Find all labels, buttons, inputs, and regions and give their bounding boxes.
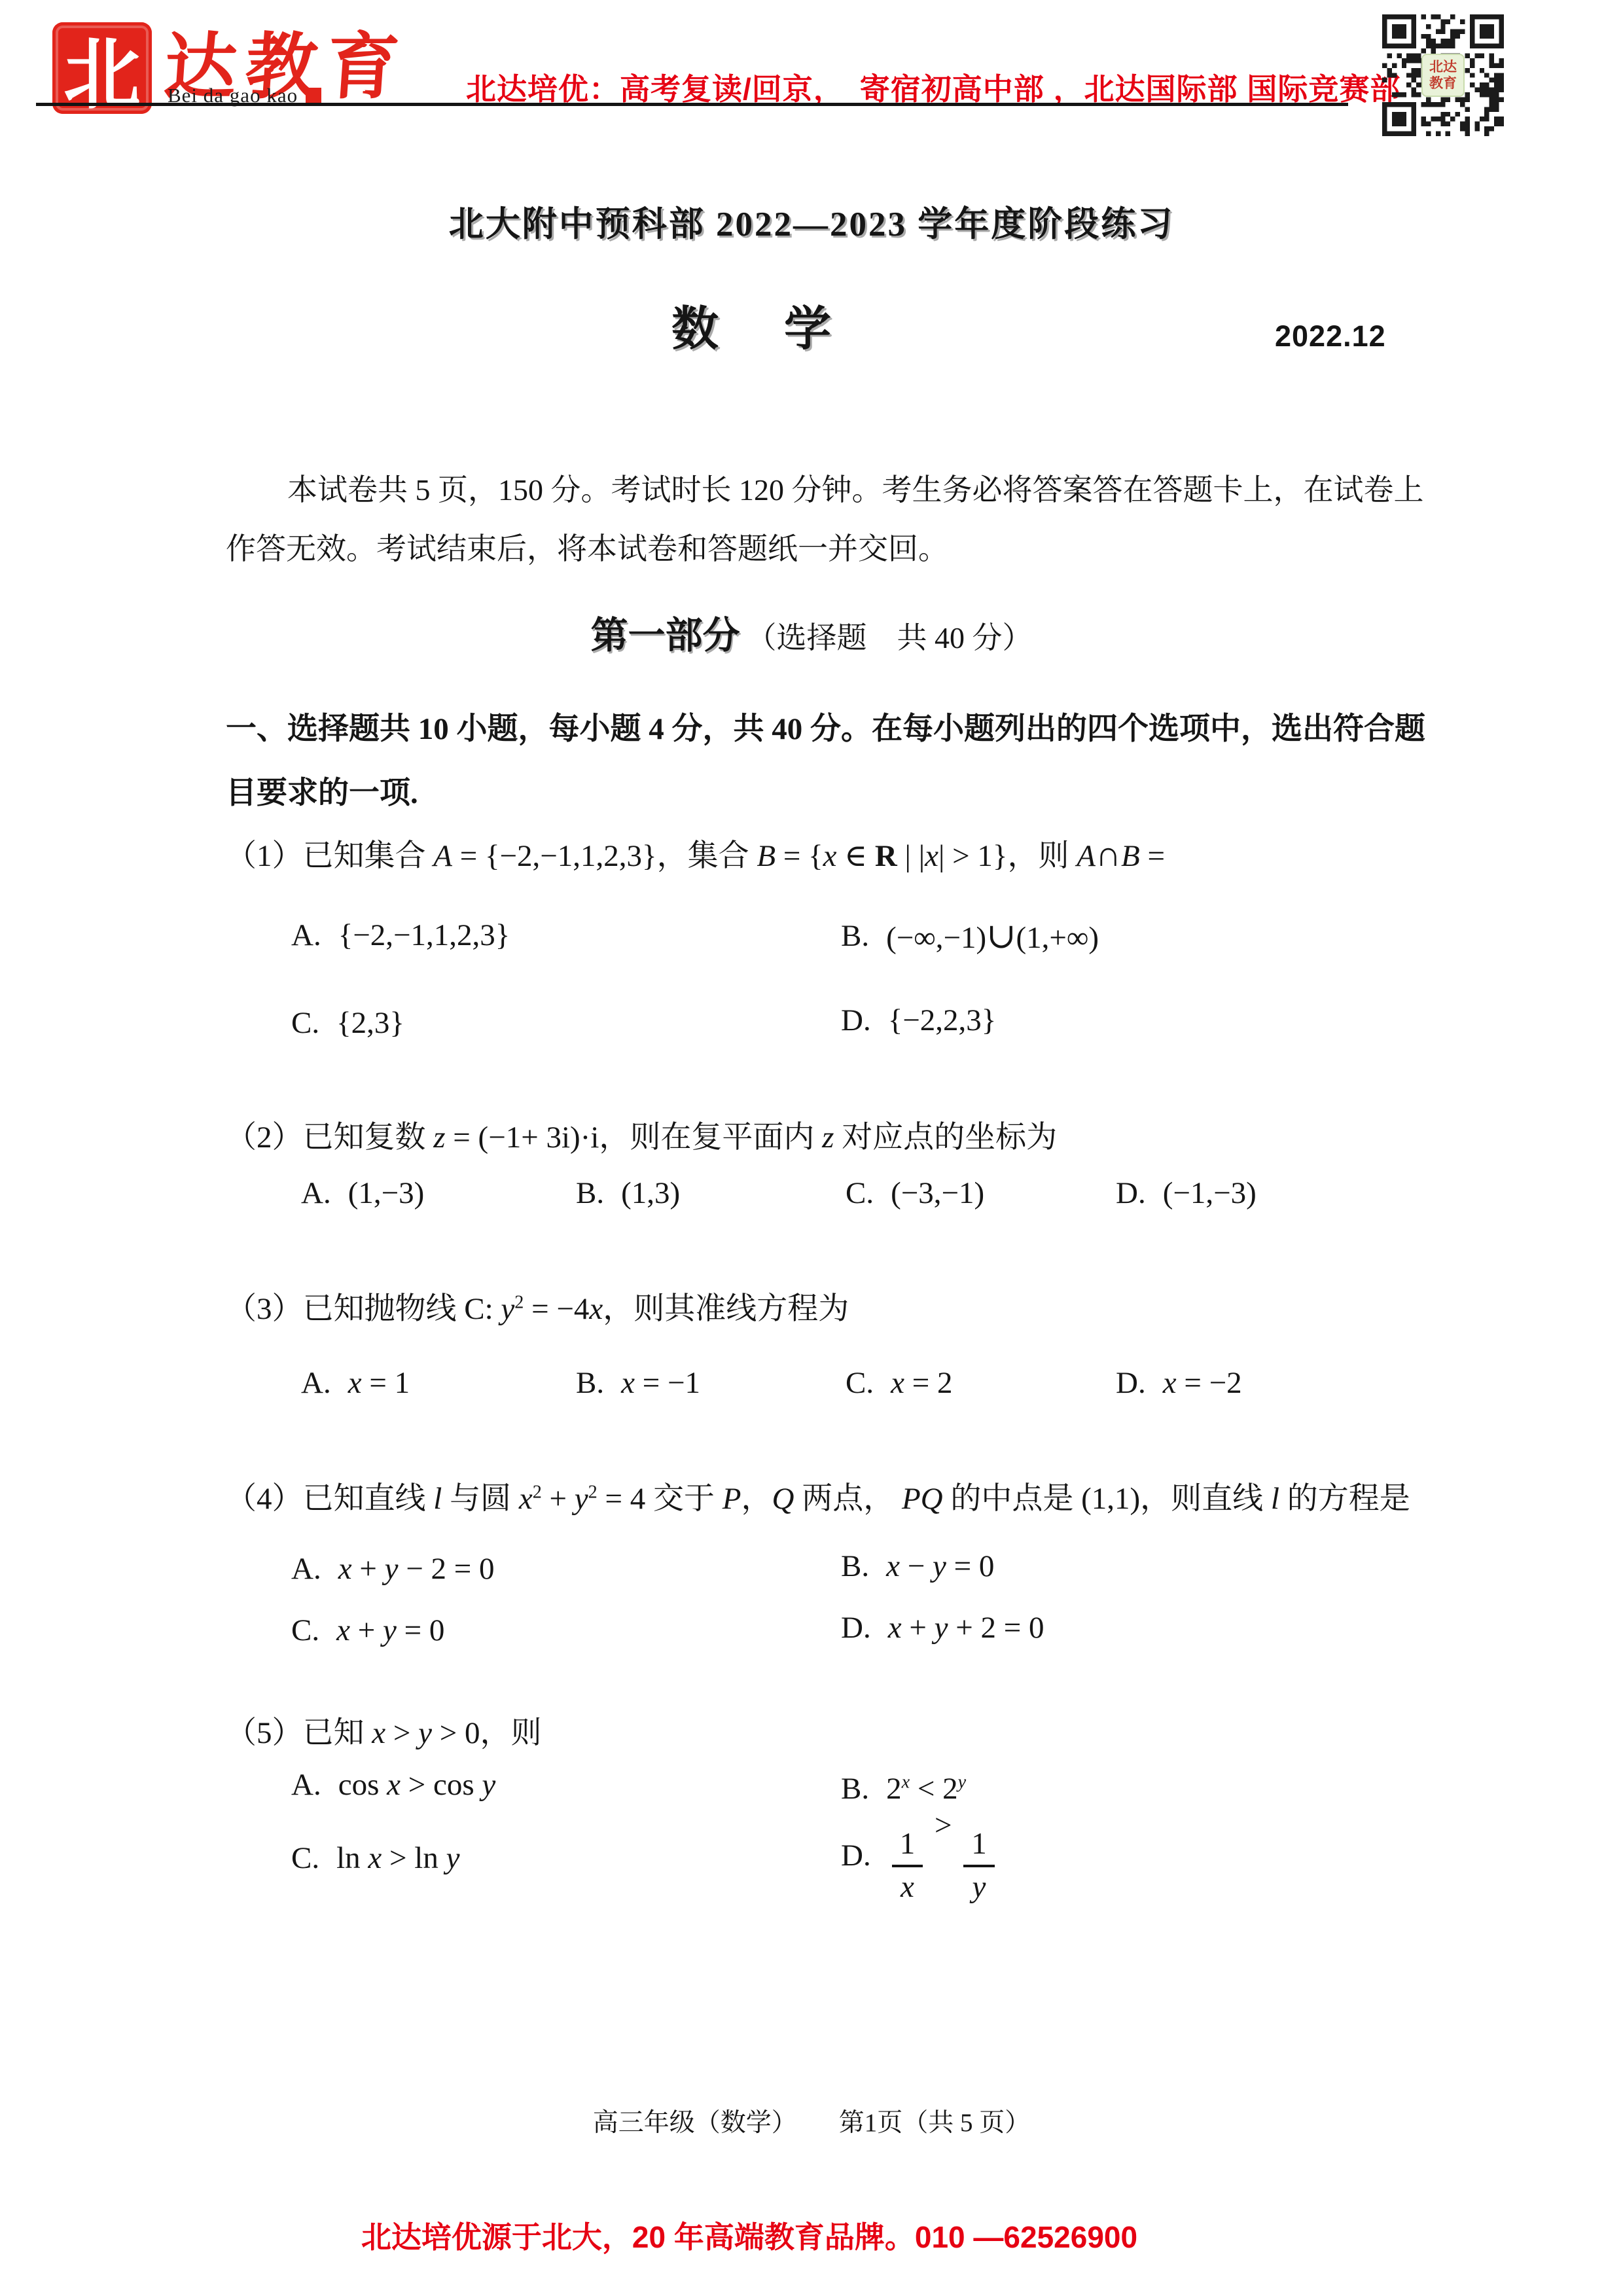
- option-content: {2,3}: [336, 1005, 404, 1041]
- brand-seal-logo: 北: [52, 22, 152, 114]
- question-3-option-d: D. x = −2: [1116, 1365, 1242, 1401]
- question-1-option-d: D. {−2,2,3}: [841, 1003, 996, 1038]
- option-content: x − y = 0: [886, 1549, 994, 1584]
- question-2-stem: （2）已知复数 z = (−1+ 3i)·i，则在复平面内 z 对应点的坐标为: [226, 1113, 1057, 1157]
- option-label: B.: [841, 918, 869, 954]
- option-content: (−1,−3): [1163, 1175, 1257, 1211]
- question-2-option-d: D. (−1,−3): [1116, 1175, 1257, 1211]
- qr-center-line1: 北达: [1429, 59, 1457, 75]
- option-label: C.: [291, 1005, 319, 1041]
- option-label: C.: [291, 1840, 319, 1876]
- option-label: D.: [841, 1610, 871, 1645]
- question-3-stem: （3）已知抛物线 C: y2 = −4x，则其准线方程为: [226, 1284, 849, 1328]
- question-1-option-a: A. {−2,−1,1,2,3}: [291, 918, 510, 953]
- option-content: (1,−3): [348, 1175, 425, 1211]
- question-5-stem: （5）已知 x > y > 0，则: [226, 1708, 542, 1752]
- option-label: A.: [291, 1551, 321, 1587]
- option-label: C.: [846, 1175, 874, 1211]
- question-2-option-a: A. (1,−3): [301, 1175, 424, 1211]
- option-content: x + y + 2 = 0: [888, 1610, 1044, 1645]
- question-2-option-b: B. (1,3): [576, 1175, 680, 1211]
- option-label: A.: [291, 1767, 321, 1803]
- question-5-option-b: B. 2x < 2y: [841, 1771, 966, 1806]
- qr-center-logo: 北达 教育: [1421, 54, 1465, 97]
- option-label: D.: [841, 1003, 871, 1038]
- seal-character: 北: [63, 12, 141, 124]
- exam-title: 北大附中预科部 2022—2023 学年度阶段练习: [0, 196, 1623, 246]
- directions-line-2: 目要求的一项.: [226, 768, 418, 812]
- option-label: C.: [846, 1365, 874, 1401]
- option-label: D.: [1116, 1175, 1146, 1211]
- question-3-option-a: A. x = 1: [301, 1365, 410, 1401]
- option-label: A.: [301, 1365, 331, 1401]
- subject-title: 数 学: [671, 303, 840, 355]
- qr-code: 北达 教育: [1382, 14, 1504, 136]
- option-content: x = 1: [348, 1365, 410, 1401]
- footer-page-number: 第1页（共 5 页）: [839, 2102, 1031, 2139]
- option-label: B.: [841, 1771, 869, 1806]
- promo-footer: 北达培优源于北大，20 年高端教育品牌。010 —62526900: [0, 2214, 1623, 2257]
- option-label: D.: [841, 1838, 871, 1873]
- question-1-option-c: C. {2,3}: [291, 1005, 404, 1041]
- option-label: D.: [1116, 1365, 1146, 1401]
- directions-line-1: 一、选择题共 10 小题，每小题 4 分，共 40 分。在每小题列出的四个选项中…: [226, 704, 1425, 748]
- option-content: (1,3): [621, 1175, 680, 1211]
- question-3-option-c: C. x = 2: [846, 1365, 953, 1401]
- option-content: (−∞,−1)∪(1,+∞): [886, 915, 1099, 956]
- question-1-option-b: B. (−∞,−1)∪(1,+∞): [841, 915, 1099, 956]
- footer-grade: 高三年级（数学）: [593, 2102, 797, 2139]
- option-content: 1x > 1y: [888, 1808, 999, 1903]
- option-content: x + y = 0: [336, 1613, 444, 1648]
- option-content: x + y − 2 = 0: [338, 1551, 495, 1587]
- option-content: {−2,−1,1,2,3}: [338, 918, 510, 953]
- part1-heading: 第一部分 （选择题 共 40 分）: [0, 605, 1623, 659]
- option-label: A.: [291, 918, 321, 953]
- qr-center-line2: 教育: [1429, 75, 1457, 92]
- red-square-icon: [306, 88, 321, 103]
- question-2-option-c: C. (−3,−1): [846, 1175, 984, 1211]
- option-content: (−3,−1): [891, 1175, 984, 1211]
- option-content: {−2,2,3}: [888, 1003, 997, 1038]
- option-label: B.: [576, 1365, 604, 1401]
- notice-line-2: 作答无效。考试结束后，将本试卷和答题纸一并交回。: [226, 525, 948, 568]
- question-4-option-a: A. x + y − 2 = 0: [291, 1551, 494, 1587]
- question-5-option-a: A. cos x > cos y: [291, 1767, 495, 1803]
- option-content: ln x > ln y: [336, 1840, 459, 1876]
- part1-heading-note: （选择题 共 40 分）: [747, 621, 1033, 655]
- question-4-stem: （4）已知直线 l 与圆 x2 + y2 = 4 交于 P，Q 两点， PQ 的…: [226, 1474, 1410, 1518]
- page-footer: 高三年级（数学） 第1页（共 5 页）: [0, 2102, 1623, 2139]
- option-label: C.: [291, 1613, 319, 1648]
- notice-line-1: 本试卷共 5 页，150 分。考试时长 120 分钟。考生务必将答案答在答题卡上…: [226, 466, 1404, 509]
- exam-date: 2022.12: [1275, 319, 1386, 353]
- question-4-option-b: B. x − y = 0: [841, 1549, 994, 1584]
- part1-heading-main: 第一部分: [591, 615, 740, 656]
- question-1-stem: （1）已知集合 A = {−2,−1,1,2,3}，集合 B = {x ∈ R …: [226, 831, 1165, 875]
- question-4-option-c: C. x + y = 0: [291, 1613, 444, 1648]
- option-content: cos x > cos y: [338, 1767, 496, 1803]
- option-label: B.: [841, 1549, 869, 1584]
- promo-footer-text: 北达培优源于北大，20 年高端教育品牌。010 —62526900: [361, 2220, 1137, 2254]
- question-5-option-d: D. 1x > 1y: [841, 1808, 999, 1903]
- question-4-option-d: D. x + y + 2 = 0: [841, 1610, 1044, 1645]
- question-5-option-c: C. ln x > ln y: [291, 1840, 460, 1876]
- option-label: B.: [576, 1175, 604, 1211]
- option-content: x = −2: [1163, 1365, 1242, 1401]
- header-divider: [36, 103, 1348, 106]
- question-3-option-b: B. x = −1: [576, 1365, 700, 1401]
- option-content: 2x < 2y: [886, 1771, 966, 1806]
- option-content: x = 2: [891, 1365, 952, 1401]
- option-label: A.: [301, 1175, 331, 1211]
- option-content: x = −1: [621, 1365, 700, 1401]
